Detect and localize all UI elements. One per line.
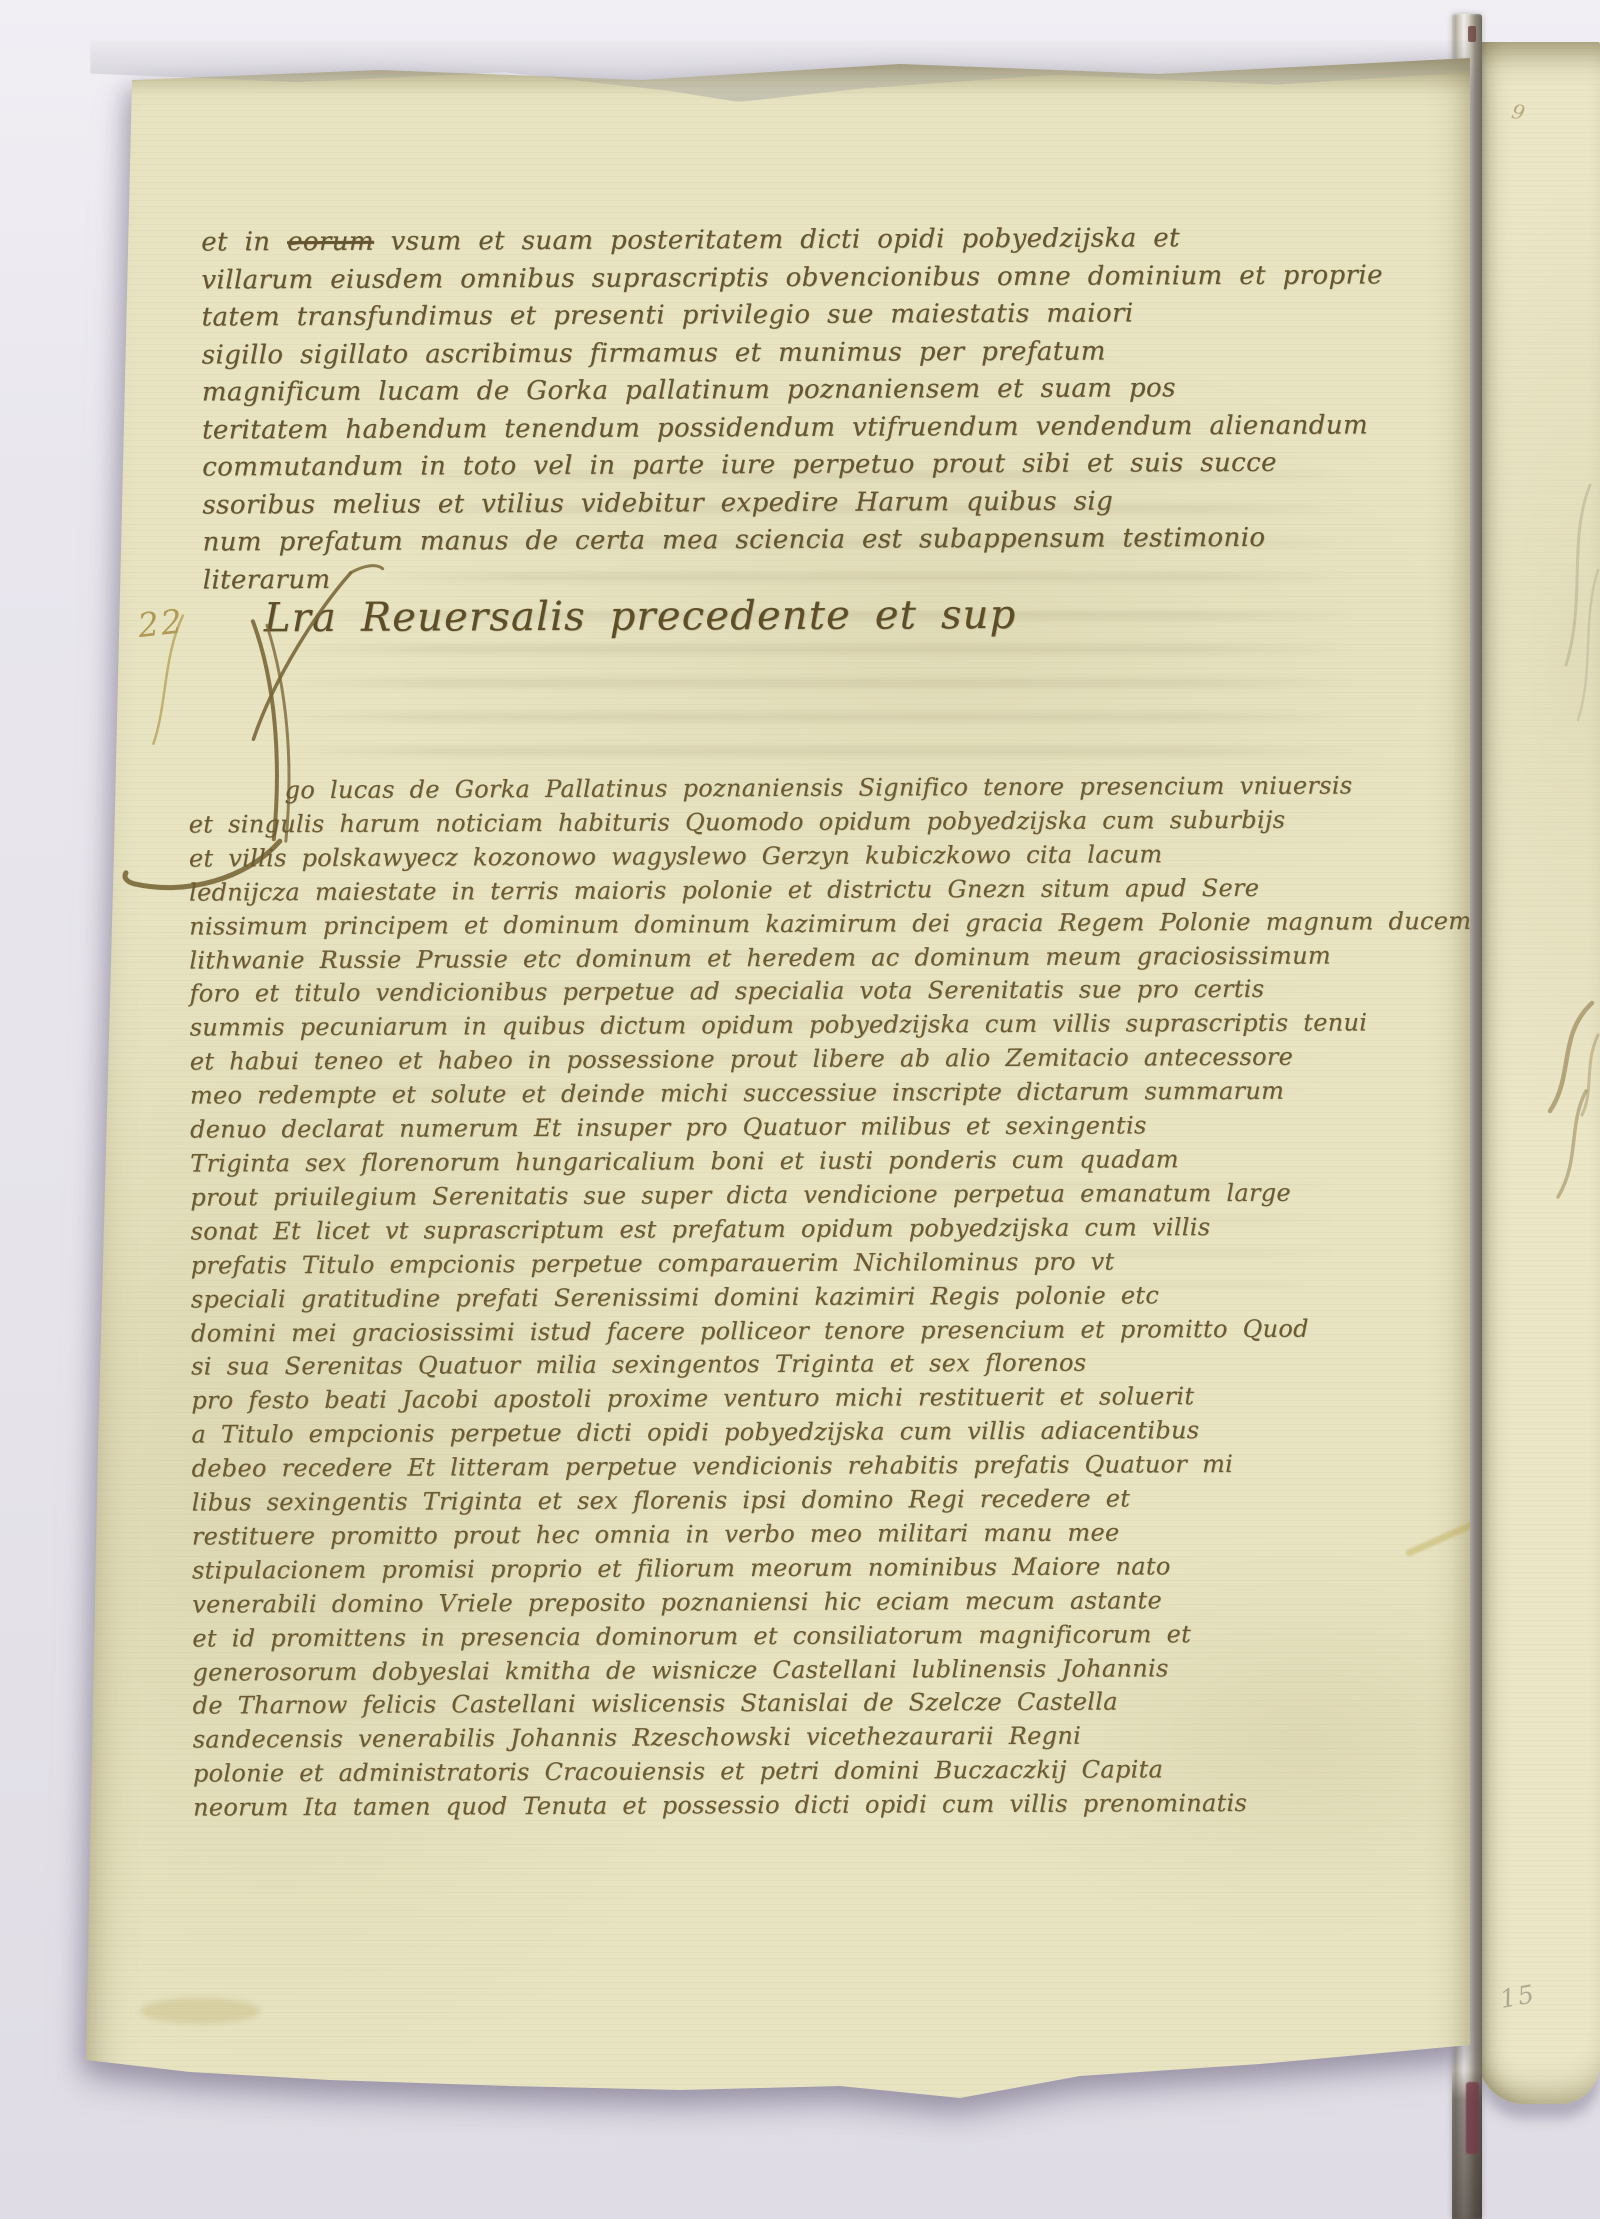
manuscript-line: num prefatum manus de certa mea sciencia… xyxy=(202,519,1362,562)
manuscript-line: domini mei graciosissimi istud facere po… xyxy=(191,1312,1371,1351)
manuscript-line: prefatis Titulo empcionis perpetue compa… xyxy=(191,1244,1371,1283)
manuscript-line: commutandum in toto vel in parte iure pe… xyxy=(202,444,1362,487)
manuscript-line: et id promittens in presencia dominorum … xyxy=(192,1617,1372,1656)
manuscript-line: sonat Et licet vt suprascriptum est pref… xyxy=(190,1210,1370,1249)
manuscript-line: foro et titulo vendicionibus perpetue ad… xyxy=(189,973,1369,1012)
manuscript-line: magnificum lucam de Gorka pallatinum poz… xyxy=(202,369,1362,412)
manuscript-line: stipulacionem promisi proprio et filioru… xyxy=(192,1549,1372,1588)
manuscript-text-layer: et in eorum vsum et suam posteritatem di… xyxy=(75,47,1474,2163)
manuscript-line: lednijcza maiestate in terris maioris po… xyxy=(189,871,1369,910)
strikethrough-word: eorum xyxy=(287,227,374,257)
manuscript-line: et habui teneo et habeo in possessione p… xyxy=(190,1041,1370,1080)
line-fragment: vsum et suam posteritatem dicti opidi po… xyxy=(391,223,1180,256)
paper-surface: et in eorum vsum et suam posteritatem di… xyxy=(80,50,1470,2160)
manuscript-line: a Titulo empcionis perpetue dicti opidi … xyxy=(191,1414,1371,1453)
facing-page-flourish xyxy=(1528,995,1600,1210)
manuscript-line: si sua Serenitas Quatuor milia sexingent… xyxy=(191,1346,1371,1385)
facing-page-bleed-stroke xyxy=(1556,480,1600,730)
manuscript-line: nissimum principem et dominum dominum ka… xyxy=(189,905,1369,944)
manuscript-line: neorum Ita tamen quod Tenuta et possessi… xyxy=(193,1787,1373,1826)
manuscript-line: denuo declarat numerum Et insuper pro Qu… xyxy=(190,1108,1370,1147)
manuscript-line: generosorum dobyeslai kmitha de wisnicze… xyxy=(192,1651,1372,1690)
manuscript-line: venerabili domino Vriele preposito pozna… xyxy=(192,1583,1372,1622)
manuscript-line: de Tharnow felicis Castellani wislicensi… xyxy=(193,1685,1373,1724)
manuscript-line: et singulis harum noticiam habituris Quo… xyxy=(189,803,1369,842)
line-fragment: et in xyxy=(201,227,270,257)
scan-background: 9 15 et in eorum vsum et suam po xyxy=(0,0,1600,2219)
manuscript-line: meo redempte et solute et deinde michi s… xyxy=(190,1075,1370,1114)
manuscript-line: tatem transfundimus et presenti privileg… xyxy=(201,294,1361,337)
binding-rod-tip xyxy=(1468,26,1476,42)
manuscript-line: et in eorum vsum et suam posteritatem di… xyxy=(201,219,1361,262)
manuscript-line: speciali gratitudine prefati Serenissimi… xyxy=(191,1278,1371,1317)
manuscript-line: libus sexingentis Triginta et sex floren… xyxy=(192,1481,1372,1520)
manuscript-line: summis pecuniarum in quibus dictum opidu… xyxy=(190,1007,1370,1046)
manuscript-line: teritatem habendum tenendum possidendum … xyxy=(202,407,1362,450)
manuscript-line: sandecensis venerabilis Johannis Rzescho… xyxy=(193,1719,1373,1758)
manuscript-line: Triginta sex florenorum hungaricalium bo… xyxy=(190,1142,1370,1181)
paragraph-block-1: et in eorum vsum et suam posteritatem di… xyxy=(201,219,1363,599)
manuscript-line: debeo recedere Et litteram perpetue vend… xyxy=(192,1448,1372,1487)
manuscript-line: prout priuilegium Serenitatis sue super … xyxy=(190,1176,1370,1215)
manuscript-line: restituere promitto prout hec omnia in v… xyxy=(192,1515,1372,1554)
folio-number-pencil: 15 xyxy=(1498,1979,1538,2014)
manuscript-line: pro festo beati Jacobi apostoli proxime … xyxy=(191,1380,1371,1419)
manuscript-line: villarum eiusdem omnibus suprascriptis o… xyxy=(201,257,1361,300)
paragraph-block-2: go lucas de Gorka Pallatinus poznaniensi… xyxy=(189,769,1374,1825)
manuscript-line: polonie et administratoris Cracouiensis … xyxy=(193,1753,1373,1792)
manuscript-page: et in eorum vsum et suam posteritatem di… xyxy=(80,50,1470,2160)
manuscript-line: lithwanie Russie Prussie etc dominum et … xyxy=(189,939,1369,978)
manuscript-line: go lucas de Gorka Pallatinus poznaniensi… xyxy=(189,769,1369,808)
manuscript-line: ssoribus melius et vtilius videbitur exp… xyxy=(202,482,1362,525)
manuscript-line: sigillo sigillato ascribimus firmamus et… xyxy=(202,332,1362,375)
manuscript-line: et villis polskawyecz kozonowo wagyslewo… xyxy=(189,837,1369,876)
